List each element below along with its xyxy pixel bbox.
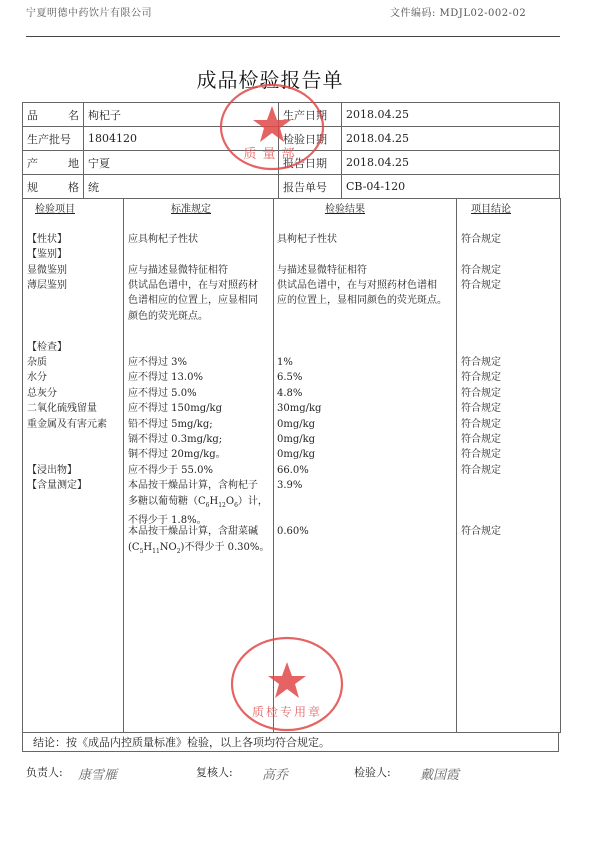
file-code: 文件编码: MDJL02-002-02 xyxy=(390,4,526,19)
item-conclusion: 符合规定 xyxy=(461,524,501,539)
info-value: 宁夏 xyxy=(84,151,279,175)
signature-label: 负责人: xyxy=(26,764,63,780)
info-label: 报告单号 xyxy=(279,175,342,199)
info-label: 检验日期 xyxy=(279,127,342,151)
col-header-conclusion: 项目结论 xyxy=(471,200,511,215)
col-header-result: 检验结果 xyxy=(325,200,365,215)
item-standard: 本品按干燥品计算，含枸杞子多糖以葡萄糖（C6H12O6）计，不得少于 1.8%。 xyxy=(128,478,268,528)
column-divider xyxy=(273,198,274,732)
item-conclusion: 符合规定 xyxy=(461,417,501,432)
item-conclusion: 符合规定 xyxy=(461,401,501,416)
signature-label: 复核人: xyxy=(196,764,233,780)
item-result: 30mg/kg xyxy=(277,401,321,416)
item-standard: 本品按干燥品计算，含甜菜碱(C5H11NO2)不得少于 0.30%。 xyxy=(128,524,269,559)
company-name: 宁夏明德中药饮片有限公司 xyxy=(26,4,152,19)
signature-label: 检验人: xyxy=(354,764,391,780)
item-conclusion: 符合规定 xyxy=(461,447,501,462)
conclusion: 结论：按《成品内控质量标准》检验，以上各项均符合规定。 xyxy=(22,732,559,752)
item-result: 0mg/kg xyxy=(277,432,315,447)
info-row: 生产批号1804120检验日期2018.04.25 xyxy=(23,127,560,151)
item-result: 66.0% xyxy=(277,463,309,478)
item-item: 【性状】 xyxy=(27,232,67,247)
header-rule xyxy=(26,36,560,37)
info-label: 报告日期 xyxy=(279,151,342,175)
info-label: 品名 xyxy=(23,103,84,127)
item-item: 二氧化硫残留量 xyxy=(27,401,97,416)
item-conclusion: 符合规定 xyxy=(461,263,501,278)
info-label: 生产批号 xyxy=(23,127,84,151)
item-result: 具枸杞子性状 xyxy=(277,232,337,247)
column-divider xyxy=(123,198,124,732)
item-result: 0.60% xyxy=(277,524,309,539)
item-item: 【鉴别】 xyxy=(27,247,67,262)
info-label: 产地 xyxy=(23,151,84,175)
item-result: 4.8% xyxy=(277,386,302,401)
info-value: 2018.04.25 xyxy=(342,103,560,127)
item-item: 总灰分 xyxy=(27,386,57,401)
item-conclusion: 符合规定 xyxy=(461,278,501,293)
item-standard: 铅不得过 5mg/kg; xyxy=(128,417,213,432)
signature: 康雪雁 xyxy=(78,764,117,783)
info-row: 品名枸杞子生产日期2018.04.25 xyxy=(23,103,560,127)
item-result: 0mg/kg xyxy=(277,417,315,432)
item-item: 水分 xyxy=(27,370,47,385)
info-table: 品名枸杞子生产日期2018.04.25生产批号1804120检验日期2018.0… xyxy=(22,102,560,199)
info-row: 产地宁夏报告日期2018.04.25 xyxy=(23,151,560,175)
item-standard: 应与描述显微特征相符 xyxy=(128,263,228,278)
item-standard: 供试品色谱中，在与对照药材 色谱相应的位置上，应显相同 颜色的荧光斑点。 xyxy=(128,278,258,324)
item-conclusion: 符合规定 xyxy=(461,355,501,370)
page-title: 成品检验报告单 xyxy=(0,64,600,93)
info-value: 枸杞子 xyxy=(84,103,279,127)
signature: 戴国霞 xyxy=(420,764,459,783)
item-result: 0mg/kg xyxy=(277,447,315,462)
info-value: 统 xyxy=(84,175,279,199)
item-conclusion: 符合规定 xyxy=(461,463,501,478)
item-item: 重金属及有害元素 xyxy=(27,417,107,432)
item-item: 【浸出物】 xyxy=(27,463,77,478)
col-header-item: 检验项目 xyxy=(35,200,75,215)
inspection-table: 检验项目 标准规定 检验结果 项目结论 【性状】应具枸杞子性状具枸杞子性状符合规… xyxy=(22,198,561,733)
item-standard: 应具枸杞子性状 xyxy=(128,232,198,247)
item-item: 【含量测定】 xyxy=(27,478,87,493)
item-result: 1% xyxy=(277,355,293,370)
item-standard: 应不得过 5.0% xyxy=(128,386,197,401)
item-standard: 镉不得过 0.3mg/kg; xyxy=(128,432,222,447)
col-header-standard: 标准规定 xyxy=(171,200,211,215)
item-conclusion: 符合规定 xyxy=(461,370,501,385)
signature: 高乔 xyxy=(262,764,288,783)
item-standard: 应不得过 3% xyxy=(128,355,187,370)
item-item: 【检查】 xyxy=(27,340,67,355)
info-value: 2018.04.25 xyxy=(342,151,560,175)
item-result: 供试品色谱中，在与对照药材色谱相 应的位置上，显相同颜色的荧光斑点。 xyxy=(277,278,447,309)
info-label: 规格 xyxy=(23,175,84,199)
item-standard: 应不得少于 55.0% xyxy=(128,463,213,478)
item-item: 薄层鉴别 xyxy=(27,278,67,293)
item-conclusion: 符合规定 xyxy=(461,386,501,401)
info-value: 1804120 xyxy=(84,127,279,151)
info-value: 2018.04.25 xyxy=(342,127,560,151)
item-item: 显微鉴别 xyxy=(27,263,67,278)
item-standard: 应不得过 13.0% xyxy=(128,370,203,385)
info-value: CB-04-120 xyxy=(342,175,560,199)
item-conclusion: 符合规定 xyxy=(461,232,501,247)
item-conclusion: 符合规定 xyxy=(461,432,501,447)
info-label: 生产日期 xyxy=(279,103,342,127)
item-standard: 铜不得过 20mg/kg。 xyxy=(128,447,226,462)
column-divider xyxy=(456,198,457,732)
info-row: 规格统报告单号CB-04-120 xyxy=(23,175,560,199)
item-result: 与描述显微特征相符 xyxy=(277,263,367,278)
item-result: 3.9% xyxy=(277,478,302,493)
item-item: 杂质 xyxy=(27,355,47,370)
item-result: 6.5% xyxy=(277,370,302,385)
item-standard: 应不得过 150mg/kg xyxy=(128,401,222,416)
